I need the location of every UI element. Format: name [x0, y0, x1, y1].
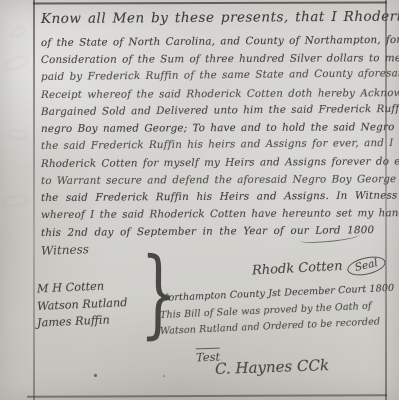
deed-line: Rhoderick Cotten for myself my Heirs and…: [41, 156, 387, 171]
fold-line-left: [33, 0, 35, 400]
clerk-signature: C. Haynes CCk: [215, 356, 330, 378]
deed-line: paid by Frederick Ruffin of the same Sta…: [41, 67, 387, 84]
grantor-signature: Rhodk CottenSeal: [252, 257, 386, 281]
ink-speck: [163, 375, 165, 377]
deed-line: this 2nd day of September in the Year of…: [41, 224, 341, 240]
deed-line: Consideration of the Sum of three hundre…: [41, 52, 387, 67]
deed-line: to Warrant secure and defend the aforesa…: [41, 173, 387, 188]
manuscript-page: Know all Men by these presents, that I R…: [0, 0, 399, 400]
ink-bleedthrough-mark: [9, 25, 27, 40]
deed-line: whereof I the said Rhoderick Cotten have…: [41, 207, 387, 222]
ink-bleedthrough-mark: [3, 55, 29, 73]
grantor-signature-text: Rhodk Cotten: [252, 259, 343, 279]
deed-line: Receipt whereof the said Rhoderick Cotte…: [41, 87, 387, 102]
seal: Seal: [345, 253, 387, 278]
deed-line: the said Frederick Ruffin his Heirs and …: [41, 190, 387, 205]
deed-line: of the State of North Carolina, and Coun…: [41, 34, 387, 50]
deed-line: Bargained Sold and Delivered unto him th…: [41, 103, 387, 119]
page-rule-bottom: [27, 394, 387, 398]
witness-name: Watson Rutland: [37, 296, 128, 313]
ink-bleedthrough-mark: [7, 128, 28, 141]
witness-name: M H Cotten: [37, 280, 105, 296]
page-rule-top: [33, 2, 387, 5]
deed-line: the said Frederick Ruffin his heirs and …: [41, 137, 387, 153]
deed-line: Know all Men by these presents, that I R…: [41, 11, 387, 26]
ink-bleedthrough-mark: [1, 194, 28, 208]
ink-speck: [94, 374, 97, 377]
witness-name: James Ruffin: [37, 313, 110, 329]
deed-line: negro Boy named George; To have and to h…: [41, 121, 387, 136]
witness-label: Witness: [41, 242, 89, 258]
